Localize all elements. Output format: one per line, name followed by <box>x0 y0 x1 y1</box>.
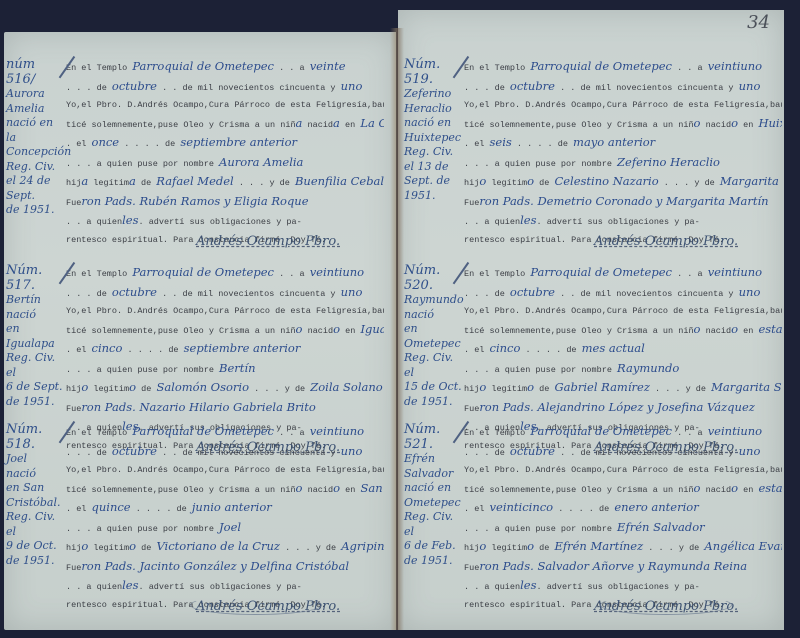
margin-note-line: Ometepec <box>404 496 466 511</box>
mother-name: Zoila Solano <box>310 380 382 394</box>
year-phrase: . . de mil novecientos cincuenta y <box>162 448 335 458</box>
margin-note-line: Joel <box>6 452 68 467</box>
name-label: . . . a quien puse por nombre <box>464 365 612 375</box>
quien-label: . . a quien <box>464 217 520 227</box>
child-name: Efrén Salvador <box>617 520 705 534</box>
en-label: en <box>345 120 355 130</box>
margin-note-line: Raymundo <box>404 293 466 308</box>
templo-name: Parroquial de Ometepec <box>132 59 274 73</box>
mother-name: Buenfilia Ceballos <box>295 174 384 188</box>
book-binding <box>390 28 404 630</box>
gender-suffix: o <box>81 539 88 553</box>
margin-note-line: Efrén <box>404 452 466 467</box>
father-name: Rafael Medel <box>156 174 233 188</box>
month-written: octubre <box>112 285 157 299</box>
gender-suffix: o <box>479 174 486 188</box>
margin-note-line: Reg. Civ. <box>6 160 68 175</box>
child-name: Joel <box>219 520 241 534</box>
fue-label: Fue <box>66 198 81 208</box>
father-name: Celestino Nazario <box>554 174 658 188</box>
templo-label: En el Templo <box>66 63 127 73</box>
de-label: de <box>539 178 549 188</box>
de-label: . . . de <box>66 448 107 458</box>
birth-day: cinco <box>490 341 521 355</box>
month-written: octubre <box>510 79 555 93</box>
baptism-phrase: ticé solemnemente,puse Oleo y Crisma a u… <box>464 485 673 495</box>
legitimo-label: legítim <box>491 178 527 188</box>
birth-place: Igualapa <box>360 322 384 336</box>
birth-day: cinco <box>92 341 123 355</box>
gender-suffix: o <box>333 481 340 495</box>
gender-suffix: o <box>527 380 534 394</box>
gender-suffix: o <box>694 481 701 495</box>
margin-note-line: Reg. Civ. el <box>6 351 68 380</box>
nacid-label: nacid <box>308 485 334 495</box>
mother-name: Angélica Evaristo <box>704 539 782 553</box>
godparents: ron Pads. Nazario Hilario Gabriela Brito <box>81 400 315 414</box>
entry-text: En el Templo Parroquial de Ometepec . . … <box>464 423 782 614</box>
y-de-label: . . . y de <box>239 178 290 188</box>
el-label: . el <box>464 139 484 149</box>
child-name: Bertín <box>219 361 255 375</box>
quien-label: . . a quien <box>66 217 122 227</box>
nacid-label: nacid <box>308 326 334 336</box>
child-name: Aurora Amelia <box>219 155 303 169</box>
fue-label: Fue <box>464 404 479 414</box>
de-label: . . . de <box>464 83 505 93</box>
gender-suffix: o <box>296 481 303 495</box>
gender-suffix: o <box>731 481 738 495</box>
birth-place: Huixtepec <box>758 116 782 130</box>
margin-note-line: 6 de Sept. <box>6 380 68 395</box>
margin-note-line: Bertín <box>6 293 68 308</box>
birth-month: junio anterior <box>192 500 272 514</box>
birth-place: San Cristóbal <box>360 481 384 495</box>
margin-annotation: núm 516/AuroraAmelianació enla Concepció… <box>6 58 68 218</box>
father-name: Victoriano de la Cruz <box>156 539 280 553</box>
day-written: veintiuno <box>708 59 762 73</box>
templo-name: Parroquial de Ometepec <box>530 265 672 279</box>
margin-note-line: Reg. Civ. el <box>404 510 466 539</box>
y-de-label: . . . y de <box>648 543 699 553</box>
birth-day: seis <box>490 135 512 149</box>
name-label: . . . a quien puse por nombre <box>66 159 214 169</box>
en-label: en <box>345 326 355 336</box>
father-name: Gabriel Ramírez <box>554 380 649 394</box>
day-written: veintiuno <box>310 424 364 438</box>
margin-note-line: Amelia <box>6 102 68 117</box>
legitimo-label: legítim <box>491 543 527 553</box>
year-written: uno <box>341 444 363 458</box>
year-phrase: . . de mil novecientos cincuenta y <box>560 83 733 93</box>
templo-label: En el Templo <box>66 428 127 438</box>
margin-note-line: 15 de Oct. <box>404 380 466 395</box>
priest-line: Yo,el Pbro. D.Andrés Ocampo,Cura Párroco… <box>66 303 384 321</box>
mother-name: Margarita Brito <box>720 174 782 188</box>
year-phrase: . . de mil novecientos cincuenta y <box>162 289 335 299</box>
child-name: Zeferino Heraclio <box>617 155 720 169</box>
gender-suffix: o <box>81 380 88 394</box>
margin-note-line: Igualapa <box>6 337 68 352</box>
priest-line: Yo,el Pbro. D.Andrés Ocampo,Cura Párroco… <box>66 462 384 480</box>
en-label: en <box>345 485 355 495</box>
signature-flourish <box>190 595 322 615</box>
margin-annotation: Núm. 520.RaymundonacióenOmetepecReg. Civ… <box>404 264 466 409</box>
nacid-label: nacid <box>706 326 732 336</box>
margin-note-line: Salvador <box>404 467 466 482</box>
birth-place: esta ciudad <box>758 322 782 336</box>
margin-note-line: Reg. Civ. el <box>6 510 68 539</box>
legitimo-label: legítim <box>93 178 129 188</box>
gender-suffix: a <box>129 174 136 188</box>
entry-text: En el Templo Parroquial de Ometepec . . … <box>66 58 384 249</box>
margin-note-line: nació en <box>404 481 466 496</box>
margin-note-line: Reg. Civ. el <box>404 351 466 380</box>
templo-name: Parroquial de Ometepec <box>530 59 672 73</box>
margin-note-line: de 1951. <box>404 395 466 410</box>
godparents: ron Pads. Jacinto González y Delfina Cri… <box>81 559 349 573</box>
y-de-label: . . . y de <box>655 384 706 394</box>
birth-month: enero anterior <box>614 500 698 514</box>
birth-day: once <box>92 135 120 149</box>
birth-place: esta ciudad <box>758 481 782 495</box>
margin-note-line: nació <box>6 467 68 482</box>
margin-annotation: Núm. 518.Joelnacióen SanCristóbal.Reg. C… <box>6 423 68 568</box>
godparents: ron Pads. Alejandrino López y Josefina V… <box>479 400 755 414</box>
el-label: . el <box>66 139 86 149</box>
quien-suffix: les <box>122 578 138 592</box>
de-label: . . . . de <box>128 345 179 355</box>
gender-suffix: o <box>694 322 701 336</box>
gender-suffix: o <box>479 539 486 553</box>
baptism-entry: Núm. 519.ZeferinoHeraclionació enHuixtep… <box>404 58 784 253</box>
margin-note-line: Cristóbal. <box>6 496 68 511</box>
margin-note-line: nació <box>404 308 466 323</box>
entry-text: En el Templo Parroquial de Ometepec . . … <box>66 423 384 614</box>
margin-note-line: 1951. <box>404 189 466 204</box>
margin-note-line: Aurora <box>6 87 68 102</box>
gender-suffix: o <box>527 174 534 188</box>
quien-suffix: les <box>122 213 138 227</box>
de-label: . . . . de <box>136 504 187 514</box>
margin-note-line: de 1951. <box>6 395 68 410</box>
templo-name: Parroquial de Ometepec <box>132 424 274 438</box>
de-label: . . . de <box>464 448 505 458</box>
year-phrase: . . de mil novecientos cincuenta y <box>162 83 335 93</box>
name-label: . . . a quien puse por nombre <box>464 524 612 534</box>
gender-suffix: a <box>296 116 303 130</box>
margin-note-line: la Concepción <box>6 131 68 160</box>
el-label: . el <box>464 504 484 514</box>
y-de-label: . . . y de <box>254 384 305 394</box>
father-name: Efrén Martínez <box>554 539 643 553</box>
y-de-label: . . . y de <box>664 178 715 188</box>
margin-note-line: Heraclio <box>404 102 466 117</box>
baptism-phrase: ticé solemnemente,puse Oleo y Crisma a u… <box>66 120 275 130</box>
el-label: . el <box>464 345 484 355</box>
en-label: en <box>743 485 753 495</box>
birth-month: septiembre anterior <box>184 341 301 355</box>
entry-text: En el Templo Parroquial de Ometepec . . … <box>464 58 782 249</box>
en-label: en <box>743 120 753 130</box>
de-label: de <box>141 384 151 394</box>
margin-note-line: Núm. 517. <box>6 264 68 293</box>
day-written: veinte <box>310 59 346 73</box>
birth-month: mes actual <box>582 341 645 355</box>
margin-note-line: el 24 de Sept. <box>6 174 68 203</box>
gender-suffix: o <box>333 322 340 336</box>
day-written: veintiuno <box>708 265 762 279</box>
de-label: . . . de <box>66 83 107 93</box>
margin-annotation: Núm. 519.ZeferinoHeraclionació enHuixtep… <box>404 58 466 203</box>
birth-day: veinticinco <box>490 500 554 514</box>
father-name: Salomón Osorio <box>156 380 249 394</box>
baptism-entry: Núm. 518.Joelnacióen SanCristóbal.Reg. C… <box>6 423 386 618</box>
templo-label: En el Templo <box>464 269 525 279</box>
margin-note-line: 6 de Feb. <box>404 539 466 554</box>
margin-note-line: nació <box>6 308 68 323</box>
margin-note-line: de 1951. <box>6 203 68 218</box>
margin-note-line: Sept. de <box>404 174 466 189</box>
margin-annotation: Núm. 517.BertínnacióenIgualapaReg. Civ. … <box>6 264 68 409</box>
gender-suffix: a <box>333 116 340 130</box>
baptism-phrase: ticé solemnemente,puse Oleo y Crisma a u… <box>464 120 673 130</box>
year-written: uno <box>739 285 761 299</box>
birth-place: La Concepción <box>360 116 384 130</box>
page-number: 34 <box>747 12 770 33</box>
fue-label: Fue <box>464 198 479 208</box>
fue-label: Fue <box>66 563 81 573</box>
de-label: . . . . de <box>558 504 609 514</box>
birth-month: mayo anterior <box>573 135 655 149</box>
year-written: uno <box>739 79 761 93</box>
templo-name: Parroquial de Ometepec <box>530 424 672 438</box>
obligations-phrase: . advertí sus obligaciones y pa- <box>139 582 302 592</box>
margin-note-line: Reg. Civ. <box>404 145 466 160</box>
de-label: . . . . de <box>517 139 568 149</box>
quien-label: . . a quien <box>66 582 122 592</box>
priest-signature: Andrés Ocampo Pbro. <box>594 234 738 249</box>
templo-label: En el Templo <box>464 63 525 73</box>
margin-annotation: Núm. 521.EfrénSalvadornació enOmetepecRe… <box>404 423 466 568</box>
legitimo-label: legítim <box>491 384 527 394</box>
birth-month: septiembre anterior <box>180 135 297 149</box>
baptism-phrase: ticé solemnemente,puse Oleo y Crisma a u… <box>66 326 275 336</box>
legitimo-label: legítim <box>93 543 129 553</box>
margin-note-line: de 1951. <box>404 554 466 569</box>
margin-note-line: el 13 de <box>404 160 466 175</box>
de-label: . . . . de <box>526 345 577 355</box>
margin-note-line: Núm. 518. <box>6 423 68 452</box>
priest-line: Yo,el Pbro. D.Andrés Ocampo,Cura Párroco… <box>464 97 782 115</box>
priest-signature: Andrés Ocampo Pbro. <box>196 234 340 249</box>
margin-note-line: en San <box>6 481 68 496</box>
gender-suffix: o <box>731 116 738 130</box>
de-label: de <box>141 178 151 188</box>
gender-suffix: a <box>81 174 88 188</box>
godparents: ron Pads. Rubén Ramos y Eligia Roque <box>81 194 308 208</box>
legitimo-label: legítim <box>93 384 129 394</box>
nacid-label: nacid <box>706 120 732 130</box>
de-label: . . . de <box>66 289 107 299</box>
margin-note-line: Huixtepec <box>404 131 466 146</box>
gender-suffix: o <box>694 116 701 130</box>
priest-line: Yo,el Pbro. D.Andrés Ocampo,Cura Párroco… <box>464 303 782 321</box>
day-written: veintiuno <box>310 265 364 279</box>
month-written: octubre <box>510 285 555 299</box>
gender-suffix: o <box>129 539 136 553</box>
gender-suffix: o <box>296 322 303 336</box>
margin-note-line: Ometepec <box>404 337 466 352</box>
priest-line: Yo,el Pbro. D.Andrés Ocampo,Cura Párroco… <box>66 97 384 115</box>
name-label: . . . a quien puse por nombre <box>66 365 214 375</box>
nacid-label: nacid <box>706 485 732 495</box>
gender-suffix: o <box>479 380 486 394</box>
month-written: octubre <box>112 79 157 93</box>
child-name: Raymundo <box>617 361 679 375</box>
obligations-phrase: . advertí sus obligaciones y pa- <box>537 217 700 227</box>
obligations-phrase: . advertí sus obligaciones y pa- <box>139 217 302 227</box>
name-label: . . . a quien puse por nombre <box>464 159 612 169</box>
gender-suffix: o <box>527 539 534 553</box>
mother-name: Margarita Saavedra <box>711 380 782 394</box>
year-phrase: . . de mil novecientos cincuenta y <box>560 289 733 299</box>
quien-label: . . a quien <box>464 582 520 592</box>
hijo-label: hij <box>464 384 479 394</box>
templo-name: Parroquial de Ometepec <box>132 265 274 279</box>
margin-note-line: de 1951. <box>6 554 68 569</box>
margin-note-line: en <box>6 322 68 337</box>
margin-note-line: Zeferino <box>404 87 466 102</box>
year-phrase: . . de mil novecientos cincuenta y <box>560 448 733 458</box>
hijo-label: hij <box>66 178 81 188</box>
priest-line: Yo,el Pbro. D.Andrés Ocampo,Cura Párroco… <box>464 462 782 480</box>
de-label: . . . . de <box>124 139 175 149</box>
de-label: de <box>539 543 549 553</box>
gender-suffix: o <box>129 380 136 394</box>
fue-label: Fue <box>66 404 81 414</box>
el-label: . el <box>66 504 86 514</box>
margin-note-line: nació en <box>404 116 466 131</box>
month-written: octubre <box>112 444 157 458</box>
el-label: . el <box>66 345 86 355</box>
birth-day: quince <box>92 500 131 514</box>
godparents: ron Pads. Demetrio Coronado y Margarita … <box>479 194 768 208</box>
margin-note-line: nació en <box>6 116 68 131</box>
year-written: uno <box>739 444 761 458</box>
templo-label: En el Templo <box>66 269 127 279</box>
baptism-phrase: ticé solemnemente,puse Oleo y Crisma a u… <box>464 326 673 336</box>
name-label: . . . a quien puse por nombre <box>66 524 214 534</box>
hijo-label: hij <box>464 178 479 188</box>
nacid-label: nacid <box>308 120 334 130</box>
quien-suffix: les <box>520 213 536 227</box>
mother-name: Agripina de la Cruz <box>341 539 384 553</box>
hijo-label: hij <box>464 543 479 553</box>
de-label: de <box>539 384 549 394</box>
y-de-label: . . . y de <box>285 543 336 553</box>
godparents: ron Pads. Salvador Añorve y Raymunda Rei… <box>479 559 747 573</box>
baptism-phrase: ticé solemnemente,puse Oleo y Crisma a u… <box>66 485 275 495</box>
day-written: veintiuno <box>708 424 762 438</box>
hijo-label: hij <box>66 384 81 394</box>
fue-label: Fue <box>464 563 479 573</box>
templo-label: En el Templo <box>464 428 525 438</box>
baptism-entry: núm 516/AuroraAmelianació enla Concepció… <box>6 58 386 253</box>
margin-note-line: en <box>404 322 466 337</box>
gender-suffix: o <box>731 322 738 336</box>
year-written: uno <box>341 285 363 299</box>
obligations-phrase: . advertí sus obligaciones y pa- <box>537 582 700 592</box>
month-written: octubre <box>510 444 555 458</box>
margin-note-line: 9 de Oct. <box>6 539 68 554</box>
year-written: uno <box>341 79 363 93</box>
hijo-label: hij <box>66 543 81 553</box>
quien-suffix: les <box>520 578 536 592</box>
de-label: . . . de <box>464 289 505 299</box>
de-label: de <box>141 543 151 553</box>
en-label: en <box>743 326 753 336</box>
margin-note-line: núm 516/ <box>6 58 68 87</box>
baptism-entry: Núm. 521.EfrénSalvadornació enOmetepecRe… <box>404 423 784 618</box>
signature-flourish <box>600 595 732 615</box>
